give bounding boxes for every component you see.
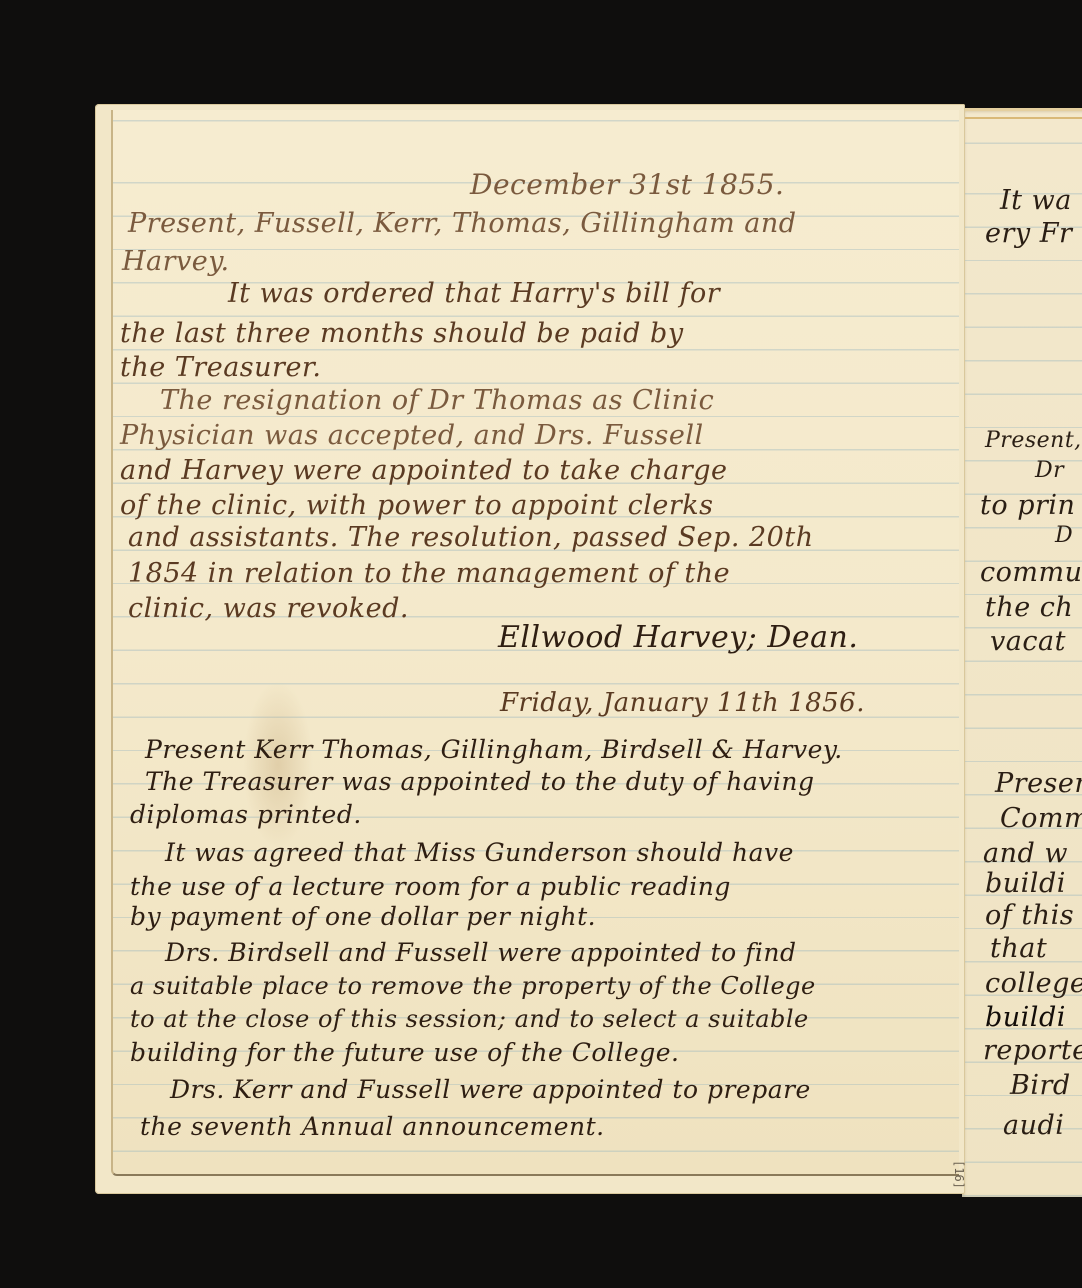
right-line: Comm bbox=[1000, 803, 1082, 834]
entry-line: It was ordered that Harry's bill for bbox=[228, 278, 720, 309]
entry-line: Present Kerr Thomas, Gillingham, Birdsel… bbox=[145, 735, 843, 764]
right-line: Dr bbox=[1035, 458, 1064, 483]
entry-line: the seventh Annual announcement. bbox=[140, 1112, 605, 1141]
entry-line: by payment of one dollar per night. bbox=[130, 902, 596, 931]
entry-line: It was agreed that Miss Gunderson should… bbox=[165, 838, 794, 867]
entry-line: Drs. Birdsell and Fussell were appointed… bbox=[165, 938, 797, 967]
entry-line: the last three months should be paid by bbox=[120, 318, 684, 349]
entry-line: building for the future use of the Colle… bbox=[130, 1038, 679, 1067]
right-line: buildi bbox=[985, 1002, 1066, 1033]
entry-line: the use of a lecture room for a public r… bbox=[130, 872, 731, 901]
signature: Ellwood Harvey; Dean. bbox=[498, 620, 858, 655]
entry-date: December 31st 1855. bbox=[470, 168, 784, 201]
right-line: and w bbox=[983, 838, 1068, 869]
entry-line: The Treasurer was appointed to the duty … bbox=[145, 767, 814, 796]
right-line: to prin bbox=[980, 490, 1075, 521]
right-line: D bbox=[1055, 523, 1073, 548]
right-line: buildi bbox=[985, 868, 1066, 899]
right-line: that bbox=[990, 933, 1047, 964]
right-line: college bbox=[985, 968, 1082, 999]
entry-line: the Treasurer. bbox=[120, 352, 321, 383]
right-line: ery Fr bbox=[985, 218, 1072, 249]
entry-line: clinic, was revoked. bbox=[128, 593, 409, 624]
entry-line: and assistants. The resolution, passed S… bbox=[128, 522, 814, 553]
right-line: commu bbox=[980, 557, 1082, 588]
right-line: Bird bbox=[1010, 1070, 1071, 1101]
entry-line: and Harvey were appointed to take charge bbox=[120, 455, 728, 486]
right-line: vacat bbox=[990, 626, 1066, 657]
entry-date: Friday, January 11th 1856. bbox=[500, 688, 865, 718]
scan-background: It wa ery Fr Present, Dr to prin D commu… bbox=[0, 0, 1082, 1288]
entry-line: Physician was accepted, and Drs. Fussell bbox=[120, 420, 704, 451]
entry-line: 1854 in relation to the management of th… bbox=[128, 558, 730, 589]
page-edge-rule bbox=[962, 117, 1082, 119]
right-line: It wa bbox=[1000, 185, 1072, 216]
right-line: of this bbox=[985, 900, 1074, 931]
entry-line: Drs. Kerr and Fussell were appointed to … bbox=[170, 1075, 811, 1104]
entry-line: The resignation of Dr Thomas as Clinic bbox=[160, 385, 714, 416]
entry-line: diplomas printed. bbox=[130, 800, 362, 829]
right-line: Present, bbox=[985, 428, 1082, 453]
right-line: audi bbox=[1003, 1110, 1064, 1141]
entry-line: a suitable place to remove the property … bbox=[130, 972, 816, 1000]
page-number: [16] bbox=[952, 1160, 966, 1189]
right-line: Presen bbox=[995, 768, 1082, 799]
right-line: reporte bbox=[983, 1035, 1082, 1066]
entry-line: Present, Fussell, Kerr, Thomas, Gillingh… bbox=[128, 208, 797, 239]
entry-line: of the clinic, with power to appoint cle… bbox=[120, 490, 713, 521]
entry-line: Harvey. bbox=[122, 246, 230, 277]
right-line: the ch bbox=[985, 592, 1073, 623]
entry-line: to at the close of this session; and to … bbox=[130, 1005, 809, 1033]
